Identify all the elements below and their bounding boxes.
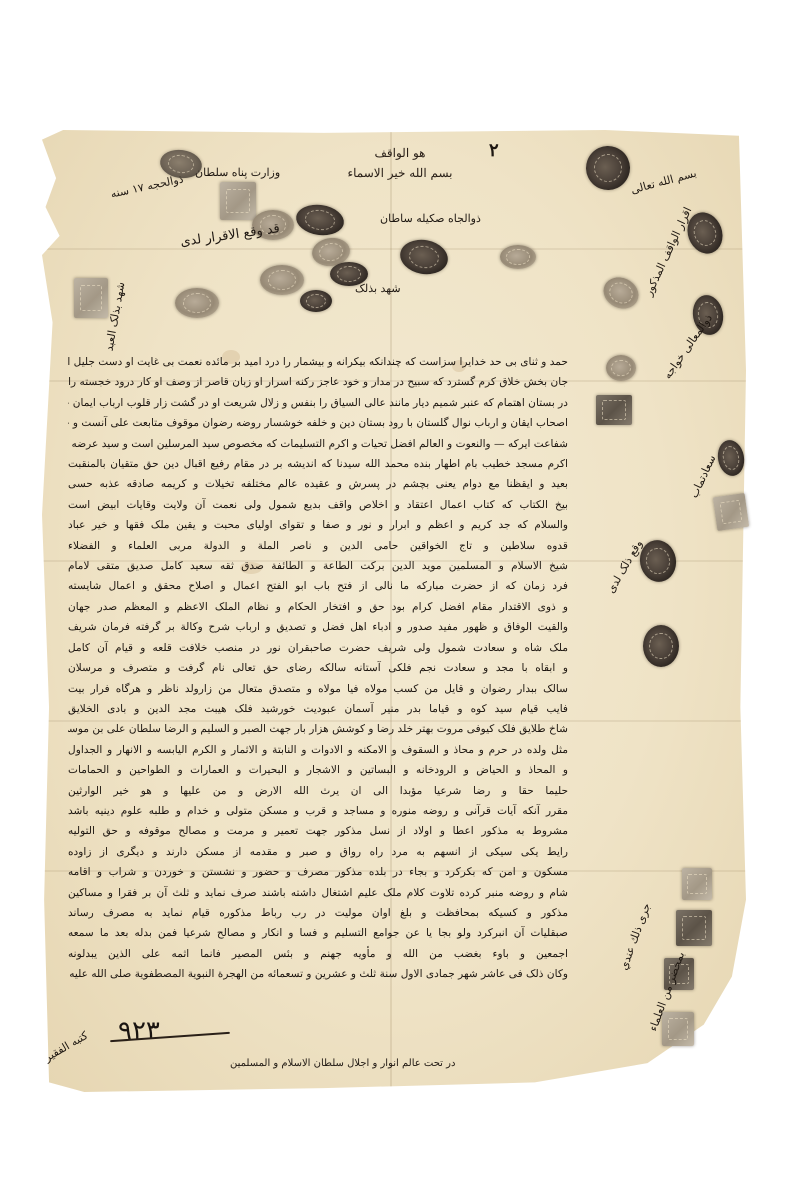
text-line: اصحاب ایقان و ارباب نوال گلستان با رود ب… [68,413,568,433]
text-line: اکرم مسجد خطیب بام اطهار بنده محمد الله … [68,454,568,474]
text-line: حمد و ثنای بی حد خدایرا سزاست که چندانکه… [68,352,568,372]
text-line: قدوه سلاطین و تاج الخواقین حامی الدین و … [68,536,568,556]
scribe-line: در تحت عالم انوار و اجلال سلطان الاسلام … [230,1058,455,1069]
text-line: فایب قیام سید کوه و قیاما بدر منیر آسمان… [68,699,568,719]
text-line: مشروط به مذکور اعطا و اولاد از نسل مذکور… [68,821,568,841]
seal-stamp [300,290,332,312]
text-line: شام و روضه منبر کرده تلاوت کلام ملک علیم… [68,883,568,903]
text-line: مقرر آنکه آیات قرآنی و روضه منوره و مساج… [68,801,568,821]
date-numerals: ٩٢٣ [118,1016,160,1046]
seal-stamp [175,288,219,318]
seal-stamp [500,245,536,269]
basmala: بسم الله خیر الاسماء [320,166,480,180]
square-seal-stamp [682,868,712,900]
text-line: حلیما حقا و رضا شرعیا مؤبدا الی ان یرث ا… [68,781,568,801]
text-line: شفاعت ایرکه — والنعوت و العالم افضل تحیا… [68,434,568,454]
text-line: مثل ولده در حرم و محاذ و السقوف و الامکن… [68,740,568,760]
text-line: و المحاذ و الحیاض و الرودخانه و البساتین… [68,760,568,780]
text-line: بیخ الکتاب که کتاب اعمال اعتقاد و اخلاص … [68,495,568,515]
folio-number: ٢ [489,140,499,161]
seal-stamp [606,355,636,381]
deed-body: حمد و ثنای بی حد خدایرا سزاست که چندانکه… [68,352,568,985]
text-line: والقیت الوفاق و ظهور مفید صدور و ادباء ا… [68,617,568,637]
text-line: وکان ذلک فی عاشر شهر جمادی الاول سنة ثلث… [68,964,568,984]
invocation: هو الواقف [330,146,470,160]
square-seal-stamp [596,395,632,425]
text-line: اجمعین و باوء بغضب من الله و مأویه جهنم … [68,944,568,964]
text-line: شاخ طلایق فلک کیوفی مروت بهتر خلد رضا و … [68,719,568,739]
square-seal-stamp [713,493,749,531]
square-seal-stamp [220,182,256,220]
text-line: در بستان اهتمام که عنبر شمیم دیار مانند … [68,393,568,413]
square-seal-stamp [74,278,108,318]
text-line: مذکور و کسیکه بمحافظت و بلغ اوان مولیت د… [68,903,568,923]
text-line: و ذوی الاقتدار مقام افضل کرام بود حق و ا… [68,597,568,617]
marginal-note: شهد بذلک [355,282,401,295]
text-line: ملک شاه و سعادت شمول ولی شریف حضرت صاحبق… [68,638,568,658]
marginal-note: وزارت پناه سلطان [195,166,280,179]
text-line: والسلام که جد کریم و اعظم و ابرار و نور … [68,515,568,535]
text-line: و ابقاه با مجد و سعادت نجم فلکی آستانه س… [68,658,568,678]
text-line: جان بخش خلاق کرم گسترد که سبیح در مدار و… [68,372,568,392]
square-seal-stamp [662,1012,694,1046]
seal-stamp [643,625,679,667]
marginal-note: ذوالجاه صکیله ساطان [380,212,481,225]
text-line: سالک ببدار رضوان و قایل من کسب مولاه فیا… [68,679,568,699]
text-line: شیخ الاسلام و المسلمین موید الدین برکت ا… [68,556,568,576]
text-line: مسکون و امن که بکرکرد و بجاء در بلده مذک… [68,862,568,882]
text-line: فرد زمان که از حضرت مبارکه ما نالی از فت… [68,576,568,596]
square-seal-stamp [676,910,712,946]
seal-stamp [260,265,304,295]
text-line: رایط یکی سیکی از انسهم به مرد راه رواق و… [68,842,568,862]
text-line: بعید و ایقظنا مع دوام یعنی بچشم در پسرش … [68,474,568,494]
text-line: صبقلیات آن انبرکرد ولو بجا یا عن جوامع ا… [68,923,568,943]
horizontal-fold-line [42,248,746,250]
